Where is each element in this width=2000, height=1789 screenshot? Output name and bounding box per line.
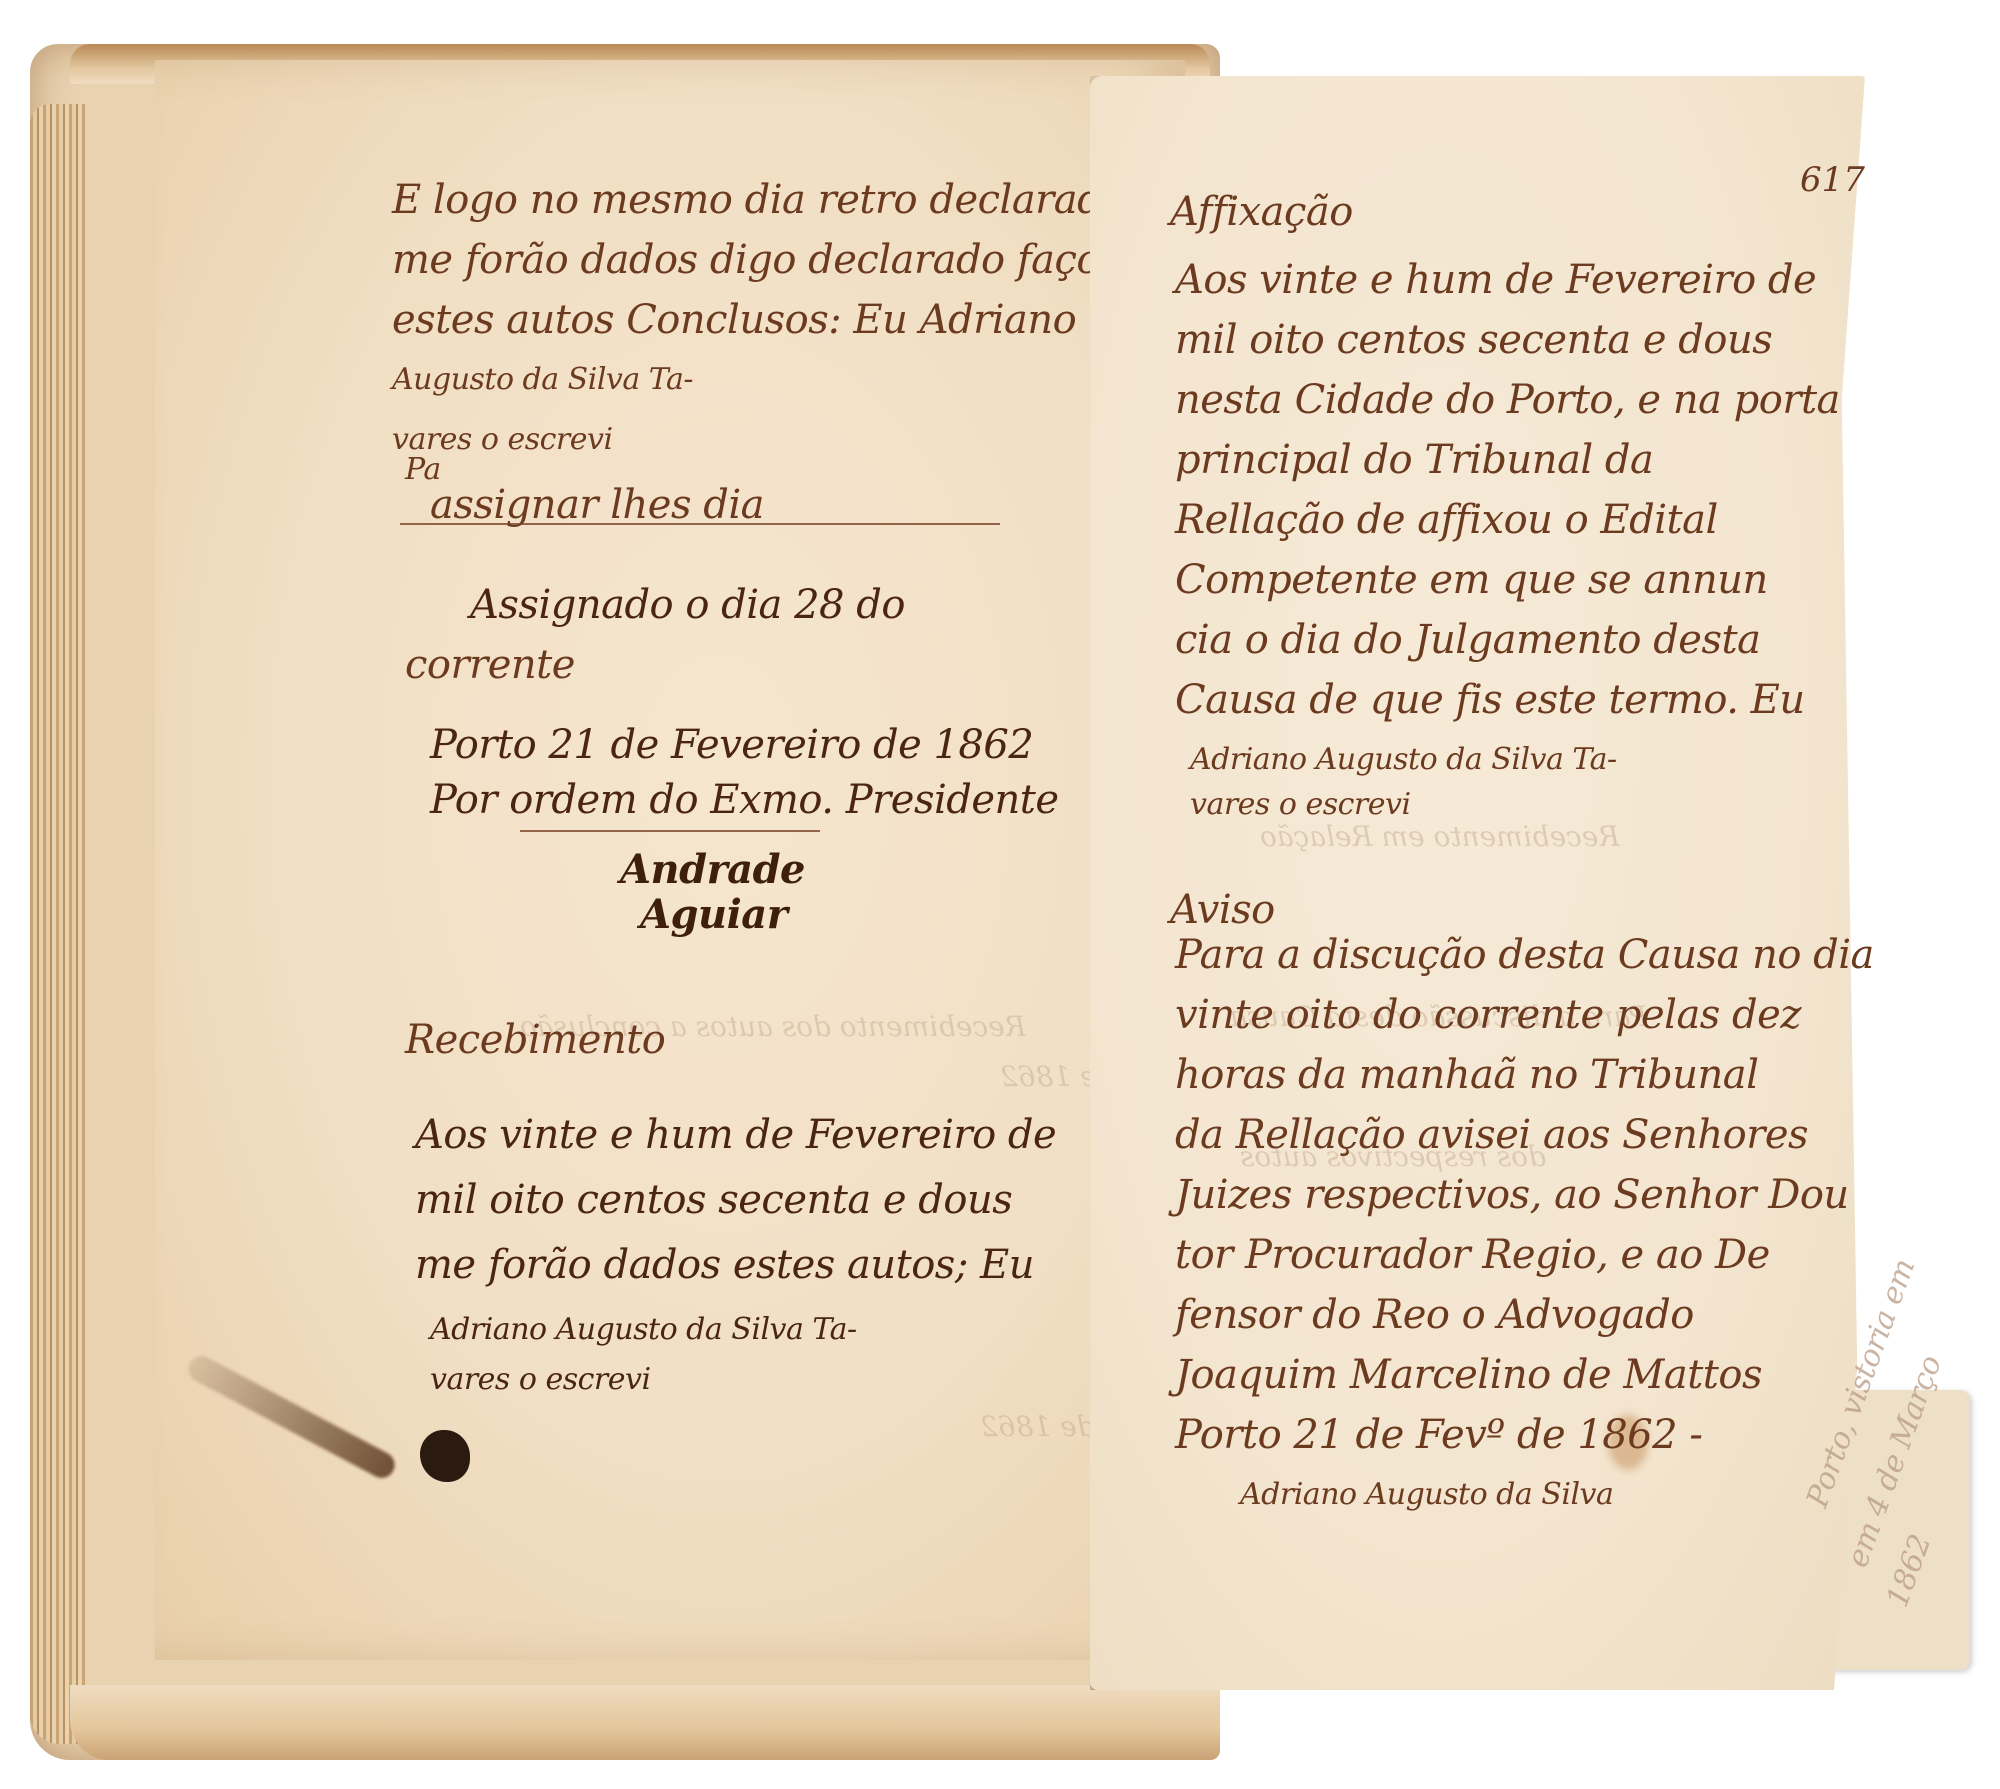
ink-blot-stain xyxy=(420,1430,470,1482)
ruled-line xyxy=(400,523,1000,525)
handwritten-line: fensor do Reo o Advogado xyxy=(1175,1285,1694,1345)
handwritten-line: vinte oito do corrente pelas dez xyxy=(1175,985,1801,1045)
handwritten-line: mil oito centos secenta e dous xyxy=(415,1170,1012,1230)
handwritten-line: Por ordem do Exmo. Presidente xyxy=(430,770,1059,830)
handwritten-line: Competente em que se annun xyxy=(1175,550,1768,610)
handwritten-line: E logo no mesmo dia retro declarado xyxy=(392,170,1126,230)
handwritten-line: assignar lhes dia xyxy=(430,475,764,535)
handwritten-line: principal do Tribunal da xyxy=(1175,430,1653,490)
handwritten-line: da Rellação avisei aos Senhores xyxy=(1175,1105,1808,1165)
handwritten-line: mil oito centos secenta e dous xyxy=(1175,310,1772,370)
handwritten-line: me forão dados digo declarado faço xyxy=(392,230,1100,290)
signature: Aguiar xyxy=(640,885,787,945)
signature: Adriano Augusto da Silva xyxy=(1240,1465,1613,1525)
page-edges-stack xyxy=(30,104,85,1744)
handwritten-line: Augusto da Silva Ta- xyxy=(392,350,693,410)
folio-number: 617 xyxy=(1800,160,1865,200)
handwritten-line: Assignado o dia 28 do xyxy=(470,575,905,635)
handwritten-line: vares o escrevi xyxy=(430,1350,651,1410)
handwritten-line: Causa de que fis este termo. Eu xyxy=(1175,670,1805,730)
handwritten-line: Joaquim Marcelino de Mattos xyxy=(1175,1345,1762,1405)
handwritten-line: cia o dia do Julgamento desta xyxy=(1175,610,1760,670)
handwritten-line: Aos vinte e hum de Fevereiro de xyxy=(1175,250,1816,310)
handwritten-line: Rellação de affixou o Edital xyxy=(1175,490,1718,550)
handwritten-heading: Affixação xyxy=(1170,182,1353,242)
handwritten-heading: Recebimento xyxy=(405,1010,665,1070)
handwritten-line: tor Procurador Regio, e ao De xyxy=(1175,1225,1770,1285)
handwritten-line: Aos vinte e hum de Fevereiro de xyxy=(415,1105,1056,1165)
book-bottom-edge xyxy=(70,1685,1220,1760)
handwritten-line: corrente xyxy=(405,635,575,695)
handwritten-line: Para a discução desta Causa no dia xyxy=(1175,925,1874,985)
handwritten-line: nesta Cidade do Porto, e na porta xyxy=(1175,370,1840,430)
handwritten-line: Juizes respectivos, ao Senhor Dou xyxy=(1175,1165,1849,1225)
handwritten-date: Porto 21 de Fevº de 1862 - xyxy=(1175,1405,1702,1465)
handwritten-line: estes autos Conclusos: Eu Adriano xyxy=(392,290,1076,350)
handwritten-date: Porto 21 de Fevereiro de 1862 xyxy=(430,715,1033,775)
ink-bleed-through: Recebimento em Relação xyxy=(1260,820,1620,853)
ruled-line xyxy=(520,830,820,832)
handwritten-line: me forão dados estes autos; Eu xyxy=(415,1235,1034,1295)
handwritten-line: horas da manhaã no Tribunal xyxy=(1175,1045,1758,1105)
